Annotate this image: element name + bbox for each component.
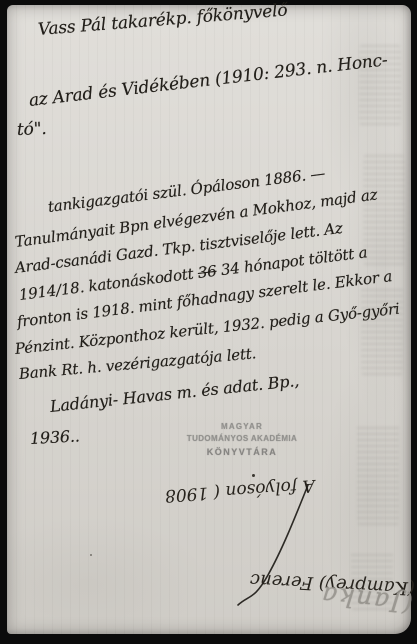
ink-speck xyxy=(252,474,255,477)
bleed-through-mark xyxy=(357,425,399,525)
stamp-line-3: KÖNYVTÁRA xyxy=(172,446,312,460)
handwritten-line-3: tó". xyxy=(17,119,47,140)
handwritten-year: 1936.. xyxy=(30,426,81,448)
bleed-through-mark xyxy=(359,45,401,125)
struck-out-number: 36 xyxy=(197,262,218,282)
stamp-line-1: MAGYAR xyxy=(172,421,312,433)
ink-speck xyxy=(90,554,92,556)
library-stamp: MAGYAR TUDOMÁNYOS AKADÉMIA KÖNYVTÁRA xyxy=(172,421,312,460)
handwritten-line-1: Vass Pál takarékp. főkönyvelő xyxy=(37,0,288,40)
scanned-page: Vass Pál takarékp. főkönyvelő az Arad és… xyxy=(7,5,411,634)
bleed-through-mark xyxy=(351,550,393,610)
handwritten-citation: Ladányi- Havas m. és adat. Bp., xyxy=(49,371,300,416)
stamp-line-2: TUDOMÁNYOS AKADÉMIA xyxy=(172,433,312,445)
bleed-through-mark xyxy=(363,155,405,265)
ink-speck xyxy=(205,267,207,269)
bleed-through-mark xyxy=(361,285,403,375)
handwritten-line-2: az Arad és Vidékében (1910: 293. n. Honc… xyxy=(28,50,389,111)
